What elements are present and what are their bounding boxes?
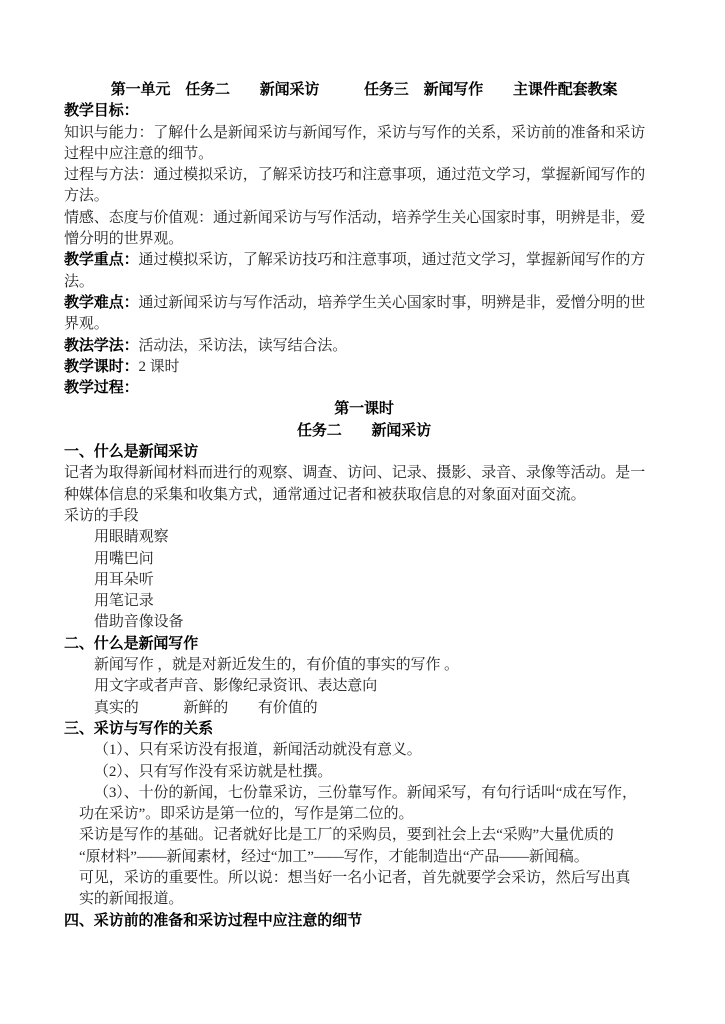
text-line: 憎分明的世界观。 (64, 229, 664, 250)
text-line: （2）、只有写作没有采访就是杜撰。 (64, 762, 664, 783)
text-run: “原材料”——新闻素材，经过“加工”——写作，才能制造出“产品——新闻稿。 (79, 849, 589, 865)
text-run: （3）、十份的新闻，七份靠采访，三份靠写作。新闻采写，有句行话叫“成在写作， (94, 785, 637, 801)
document-content: 第一单元 任务二 新闻采访 任务三 新闻写作 主课件配套教案教学目标：知识与能力… (64, 80, 664, 932)
text-line: 借助音像设备 (64, 612, 664, 633)
bold-text-run: 教学课时： (64, 359, 139, 375)
text-line: 用嘴巴问 (64, 549, 664, 570)
text-run: 活动法，采访法，读写结合法。 (139, 338, 348, 354)
bold-text-run: 教学目标： (64, 103, 139, 119)
bold-text-run: 任务二 新闻采访 (297, 423, 431, 439)
text-run: 新闻写作 ，就是对新近发生的，有价值的事实的写作 。 (94, 657, 459, 673)
text-line: 实的新闻报道。 (64, 889, 664, 910)
text-line: 采访是写作的基础。记者就好比是工厂的采购员，要到社会上去“采购”大量优质的 (64, 825, 664, 846)
text-line: 情感、态度与价值观：通过新闻采访与写作活动，培养学生关心国家时事，明辨是非，爱 (64, 208, 664, 229)
text-run: 借助音像设备 (94, 614, 183, 630)
text-line: 教学过程： (64, 378, 664, 399)
text-line: 知识与能力：了解什么是新闻采访与新闻写作，采访与写作的关系，采访前的准备和采访 (64, 123, 664, 144)
text-line: 过程中应注意的细节。 (64, 144, 664, 165)
bold-text-run: 第一单元 任务二 新闻采访 任务三 新闻写作 主课件配套教案 (111, 82, 618, 98)
text-line: 功在采访”。即采访是第一位的，写作是第二位的。 (64, 804, 664, 825)
text-line: 真实的 新鲜的 有价值的 (64, 698, 664, 719)
text-line: 二、什么是新闻写作 (64, 634, 664, 655)
text-line: 任务二 新闻采访 (64, 421, 664, 442)
text-run: 功在采访”。即采访是第一位的，写作是第二位的。 (79, 806, 413, 822)
text-run: （2）、只有写作没有采访就是杜撰。 (94, 764, 332, 780)
text-run: 2 课时 (139, 359, 180, 375)
text-line: （3）、十份的新闻，七份靠采访，三份靠写作。新闻采写，有句行话叫“成在写作， (64, 783, 664, 804)
bold-text-run: 教法学法： (64, 338, 139, 354)
text-line: 记者为取得新闻材料而进行的观察、调查、访问、记录、摄影、录音、录像等活动。是一 (64, 463, 664, 484)
text-run: 方法。 (64, 188, 109, 204)
text-line: 教学课时：2 课时 (64, 357, 664, 378)
bold-text-run: 教学过程： (64, 380, 139, 396)
text-line: 一、什么是新闻采访 (64, 442, 664, 463)
text-line: 方法。 (64, 186, 664, 207)
bold-text-run: 二、什么是新闻写作 (64, 636, 198, 652)
text-run: 界观。 (64, 316, 109, 332)
bold-text-run: 三、采访与写作的关系 (64, 721, 213, 737)
text-run: 可见，采访的重要性。所以说：想当好一名小记者，首先就要学会采访，然后写出真 (79, 870, 630, 886)
text-run: 种媒体信息的采集和收集方式，通常通过记者和被获取信息的对象面对面交流。 (64, 487, 586, 503)
text-run: 通过模拟采访，了解采访技巧和注意事项，通过范文学习，掌握新闻写作的方 (139, 252, 646, 268)
text-run: 真实的 新鲜的 有价值的 (94, 700, 318, 716)
text-line: 教学难点：通过新闻采访与写作活动，培养学生关心国家时事，明辨是非，爱憎分明的世 (64, 293, 664, 314)
bold-text-run: 教学重点： (64, 252, 139, 268)
text-line: 教法学法：活动法，采访法，读写结合法。 (64, 336, 664, 357)
text-line: 用笔记录 (64, 591, 664, 612)
text-run: 采访的手段 (64, 508, 139, 524)
text-run: 过程中应注意的细节。 (64, 146, 213, 162)
bold-text-run: 第一课时 (334, 401, 394, 417)
text-line: 界观。 (64, 314, 664, 335)
text-line: 用耳朵听 (64, 570, 664, 591)
text-run: 用笔记录 (94, 593, 154, 609)
text-run: 采访是写作的基础。记者就好比是工厂的采购员，要到社会上去“采购”大量优质的 (79, 827, 614, 843)
text-run: 情感、态度与价值观：通过新闻采访与写作活动，培养学生关心国家时事，明辨是非，爱 (64, 210, 645, 226)
text-line: 四、采访前的准备和采访过程中应注意的细节 (64, 911, 664, 932)
text-line: 法。 (64, 272, 664, 293)
text-run: （1）、只有采访没有报道，新闻活动就没有意义。 (94, 742, 422, 758)
text-line: 新闻写作 ，就是对新近发生的，有价值的事实的写作 。 (64, 655, 664, 676)
text-run: 憎分明的世界观。 (64, 231, 183, 247)
text-line: 教学重点：通过模拟采访，了解采访技巧和注意事项，通过范文学习，掌握新闻写作的方 (64, 250, 664, 271)
text-line: 过程与方法：通过模拟采访，了解采访技巧和注意事项，通过范文学习，掌握新闻写作的 (64, 165, 664, 186)
text-line: 采访的手段 (64, 506, 664, 527)
bold-text-run: 四、采访前的准备和采访过程中应注意的细节 (64, 913, 362, 929)
text-line: 第一单元 任务二 新闻采访 任务三 新闻写作 主课件配套教案 (64, 80, 664, 101)
text-run: 实的新闻报道。 (79, 891, 183, 907)
text-run: 法。 (64, 274, 94, 290)
text-run: 知识与能力：了解什么是新闻采访与新闻写作，采访与写作的关系，采访前的准备和采访 (64, 125, 645, 141)
bold-text-run: 一、什么是新闻采访 (64, 444, 198, 460)
text-run: 通过新闻采访与写作活动，培养学生关心国家时事，明辨是非，爱憎分明的世 (139, 295, 646, 311)
text-line: 三、采访与写作的关系 (64, 719, 664, 740)
document-page: 第一单元 任务二 新闻采访 任务三 新闻写作 主课件配套教案教学目标：知识与能力… (0, 0, 725, 1024)
text-line: 用眼睛观察 (64, 527, 664, 548)
text-line: 可见，采访的重要性。所以说：想当好一名小记者，首先就要学会采访，然后写出真 (64, 868, 664, 889)
text-run: 用文字或者声音、影像纪录资讯、表达意向 (94, 678, 377, 694)
text-line: 种媒体信息的采集和收集方式，通常通过记者和被获取信息的对象面对面交流。 (64, 485, 664, 506)
text-run: 用眼睛观察 (94, 529, 169, 545)
text-run: 记者为取得新闻材料而进行的观察、调查、访问、记录、摄影、录音、录像等活动。是一 (64, 465, 645, 481)
text-line: 教学目标： (64, 101, 664, 122)
bold-text-run: 教学难点： (64, 295, 139, 311)
text-run: 用耳朵听 (94, 572, 154, 588)
text-run: 用嘴巴问 (94, 551, 154, 567)
text-line: 第一课时 (64, 399, 664, 420)
text-line: （1）、只有采访没有报道，新闻活动就没有意义。 (64, 740, 664, 761)
text-line: “原材料”——新闻素材，经过“加工”——写作，才能制造出“产品——新闻稿。 (64, 847, 664, 868)
text-run: 过程与方法：通过模拟采访，了解采访技巧和注意事项，通过范文学习，掌握新闻写作的 (64, 167, 645, 183)
text-line: 用文字或者声音、影像纪录资讯、表达意向 (64, 676, 664, 697)
